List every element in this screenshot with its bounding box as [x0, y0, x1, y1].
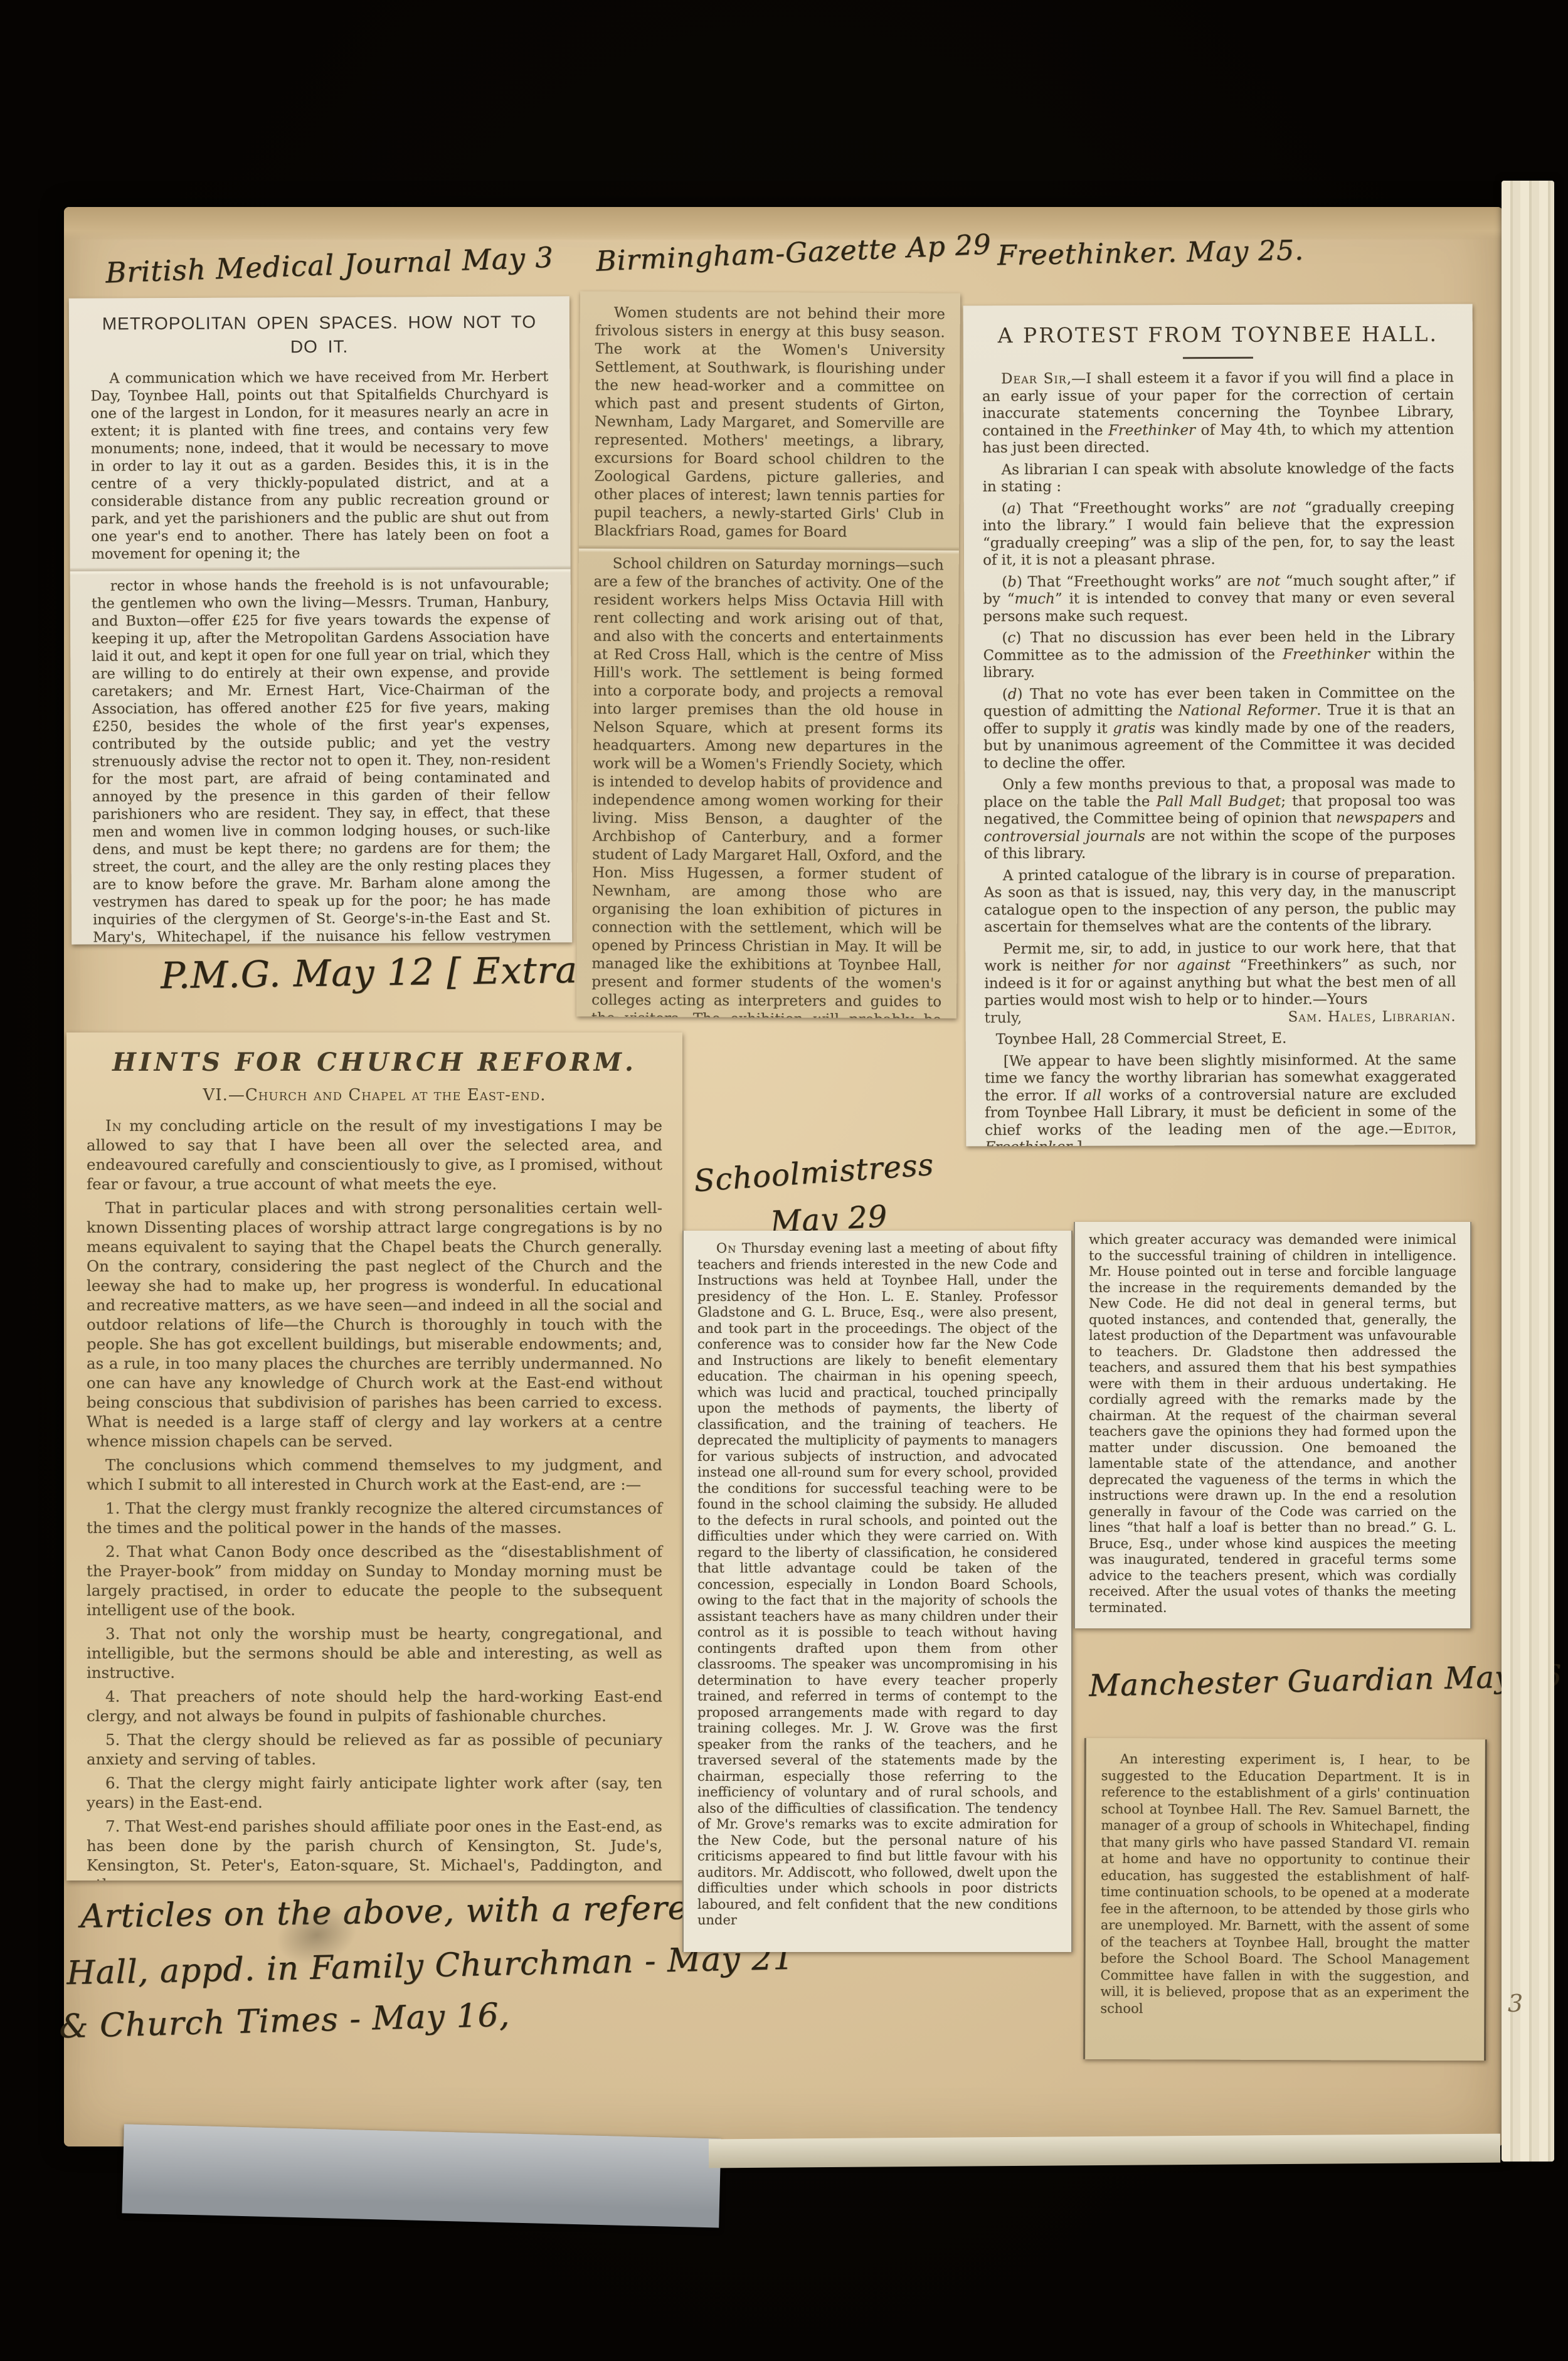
article-paragraph: The conclusions which commend themselves…: [87, 1455, 662, 1494]
numbered-item: 4. That preachers of note should help th…: [87, 1687, 662, 1726]
clipping-schoolmistress-column-2: which greater accuracy was demanded were…: [1074, 1222, 1471, 1628]
article-paragraph: Dear Sir,—I shall esteem it a favor if y…: [982, 369, 1454, 457]
closing-word: truly,: [985, 1010, 1022, 1027]
clipping-headline: METROPOLITAN OPEN SPACES. HOW NOT TO DO …: [90, 310, 548, 359]
numbered-item: 5. That the clergy should be relieved as…: [87, 1730, 662, 1769]
clipping-metropolitan-open-spaces: METROPOLITAN OPEN SPACES. HOW NOT TO DO …: [69, 296, 572, 944]
clipping-headline: A PROTEST FROM TOYNBEE HALL.: [982, 322, 1454, 348]
clipping-protest-toynbee-hall: A PROTEST FROM TOYNBEE HALL. Dear Sir,—I…: [963, 304, 1476, 1147]
article-paragraph: A communication which we have received f…: [90, 368, 549, 563]
numbered-item: 7. That West-end parishes should affilia…: [87, 1817, 662, 1881]
signature-line: truly, Sam. Hales, Librarian.: [985, 1008, 1456, 1027]
article-paragraph: (d) That no vote has ever been taken in …: [983, 684, 1455, 772]
scrapbook-photo: British Medical Journal May 3 Birmingham…: [0, 0, 1568, 2361]
numbered-item: 1. That the clergy must frankly recogniz…: [87, 1499, 662, 1537]
signature: Sam. Hales, Librarian.: [1288, 1008, 1456, 1026]
clipping-hints-church-reform: HINTS FOR CHURCH REFORM. VI.—Church and …: [66, 1032, 682, 1881]
article-paragraph: (a) That “Freethought works” are not “gr…: [983, 499, 1454, 570]
clipping-manchester-guardian: An interesting experiment is, I hear, to…: [1083, 1738, 1487, 2061]
article-paragraph: A printed catalogue of the library is in…: [984, 866, 1456, 936]
article-column-text: which greater accuracy was demanded were…: [1089, 1232, 1456, 1616]
book-page-edge: [1502, 181, 1554, 2162]
clipping-schoolmistress-column-1: On Thursday evening last a meeting of ab…: [682, 1231, 1073, 1952]
article-paragraph: rector in whose hands the freehold is is…: [92, 575, 551, 944]
numbered-item: 2. That what Canon Body once described a…: [87, 1542, 662, 1620]
clipping-title: HINTS FOR CHURCH REFORM.: [87, 1048, 662, 1077]
tissue-paper: [122, 2124, 721, 2227]
article-paragraph: (b) That “Freethought works” are not “mu…: [983, 572, 1454, 625]
numbered-item: 3. That not only the worship must be hea…: [87, 1624, 662, 1682]
article-paragraph: School children on Saturday mornings—suc…: [591, 555, 944, 1019]
page-number: 3: [1508, 1990, 1523, 2017]
editor-note: [We appear to have been slightly misinfo…: [985, 1051, 1457, 1146]
page-bottom-sliver: [709, 2134, 1500, 2168]
article-paragraph: That in particular places and with stron…: [87, 1198, 662, 1451]
clipping-subtitle: VI.—Church and Chapel at the East-end.: [87, 1086, 662, 1105]
annotation-freethinker: Freethinker. May 25.: [997, 235, 1305, 272]
article-paragraph: As librarian I can speak with absolute k…: [983, 460, 1454, 496]
article-paragraph: (c) That no discussion has ever been hel…: [983, 629, 1454, 682]
article-paragraph: An interesting experiment is, I hear, to…: [1100, 1751, 1470, 2018]
clipping-womens-settlement: Women students are not behind their more…: [576, 291, 960, 1018]
article-paragraph: Permit me, sir, to add, in justice to ou…: [984, 939, 1456, 1010]
article-paragraph: Women students are not behind their more…: [594, 304, 945, 543]
paper-seam: [576, 544, 960, 554]
paper-seam: [70, 565, 571, 575]
letter-address: Toynbee Hall, 28 Commercial Street, E.: [985, 1030, 1456, 1049]
numbered-item: 6. That the clergy might fairly anticipa…: [87, 1773, 662, 1812]
article-paragraph: In my concluding article on the result o…: [87, 1116, 662, 1194]
headline-rule: [1183, 357, 1253, 359]
annotation-pall-mall-gazette: P.M.G. May 12 [ Extract ]: [161, 948, 642, 997]
article-paragraph: Only a few months previous to that, a pr…: [983, 775, 1455, 863]
article-column-text: On Thursday evening last a meeting of ab…: [697, 1241, 1057, 1929]
